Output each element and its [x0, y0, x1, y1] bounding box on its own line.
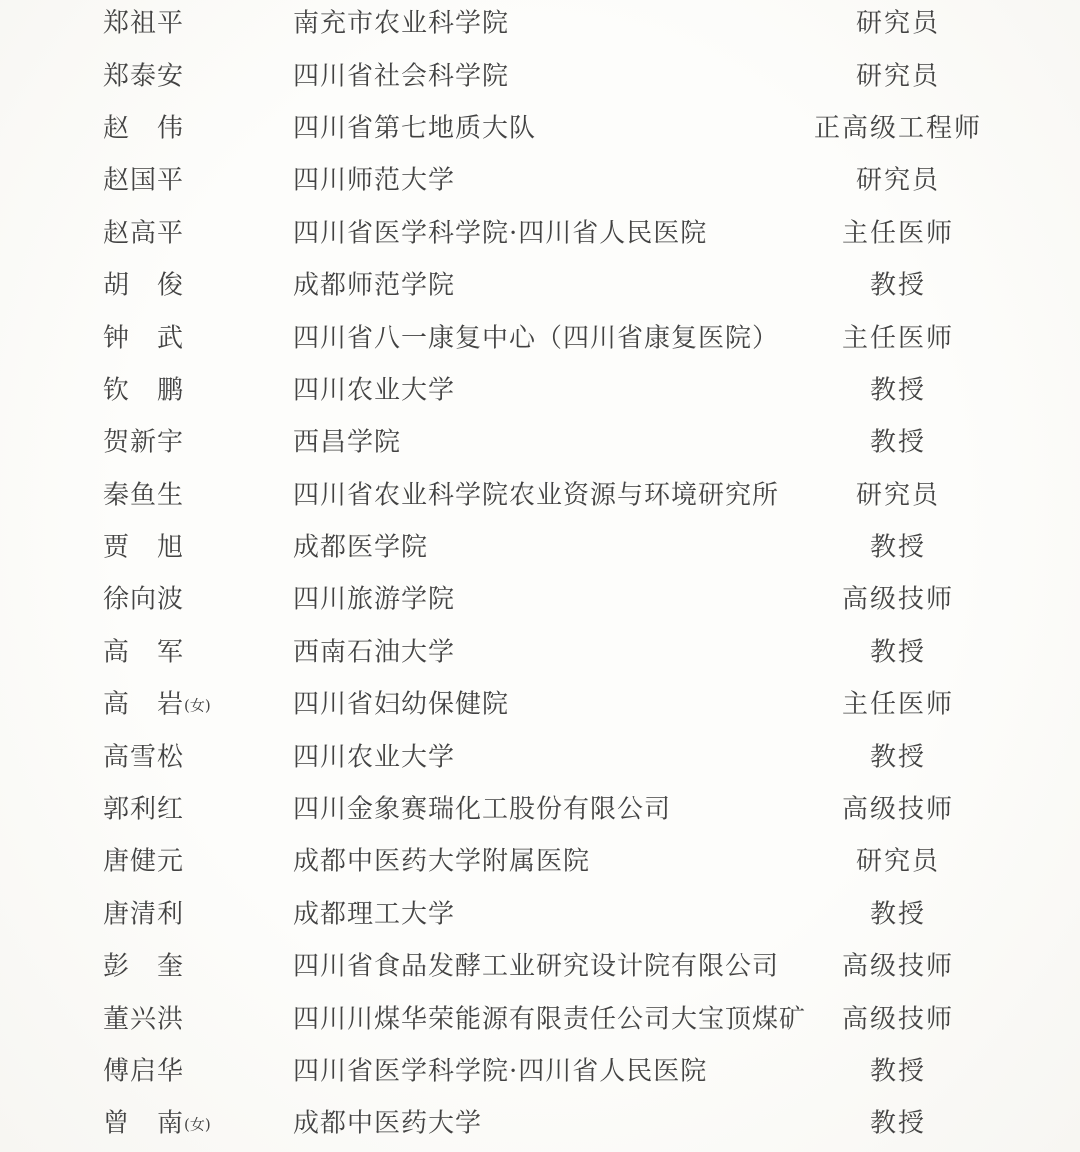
table-row: 贾 旭 成都医学院 教授 [0, 519, 1080, 571]
person-name: 赵高平 [103, 212, 184, 249]
person-name-text: 贺新宇 [103, 428, 184, 458]
person-name-text: 胡 俊 [103, 271, 184, 301]
job-title: 教授 [798, 736, 998, 773]
job-title: 研究员 [798, 160, 998, 197]
organization: 西南石油大学 [293, 631, 455, 668]
table-row: 高雪松 四川农业大学 教授 [0, 728, 1080, 780]
person-name: 傅启华 [103, 1051, 184, 1088]
person-name-text: 郭利红 [103, 795, 184, 825]
table-row: 钟 武 四川省八一康复中心（四川省康复医院） 主任医师 [0, 309, 1080, 361]
organization: 西昌学院 [293, 422, 401, 459]
organization: 四川省第七地质大队 [293, 107, 536, 144]
person-name-text: 赵高平 [103, 218, 184, 248]
person-name: 秦鱼生 [103, 474, 184, 511]
organization: 四川省农业科学院农业资源与环境研究所 [293, 474, 779, 511]
job-title: 教授 [798, 1103, 998, 1140]
job-title: 主任医师 [798, 212, 998, 249]
job-title: 教授 [798, 422, 998, 459]
person-name: 彭 奎 [103, 946, 184, 983]
person-name-text: 高 军 [103, 637, 184, 667]
job-title: 教授 [798, 527, 998, 564]
organization: 成都医学院 [293, 527, 428, 564]
person-name: 高 岩(女) [103, 684, 211, 721]
person-name: 郭利红 [103, 789, 184, 826]
person-name: 郑泰安 [103, 55, 184, 92]
table-row: 唐清利 成都理工大学 教授 [0, 886, 1080, 938]
table-row: 彭 奎 四川省食品发酵工业研究设计院有限公司 高级技师 [0, 938, 1080, 990]
person-name: 高 军 [103, 631, 184, 668]
person-name-text: 赵国平 [103, 166, 184, 196]
organization: 四川省食品发酵工业研究设计院有限公司 [293, 946, 779, 983]
job-title: 研究员 [798, 3, 998, 40]
job-title: 主任医师 [798, 317, 998, 354]
organization: 四川旅游学院 [293, 579, 455, 616]
person-name-text: 郑祖平 [103, 9, 184, 39]
person-name-text: 钦 鹏 [103, 375, 184, 405]
table-row: 钦 鹏 四川农业大学 教授 [0, 362, 1080, 414]
organization: 成都理工大学 [293, 893, 455, 930]
table-row: 董兴洪 四川川煤华荣能源有限责任公司大宝顶煤矿 高级技师 [0, 990, 1080, 1042]
job-title: 主任医师 [798, 684, 998, 721]
person-name: 赵国平 [103, 160, 184, 197]
person-name: 贾 旭 [103, 527, 184, 564]
table-row: 赵高平 四川省医学科学院·四川省人民医院 主任医师 [0, 205, 1080, 257]
person-name-text: 傅启华 [103, 1057, 184, 1087]
person-name: 赵 伟 [103, 107, 184, 144]
job-title: 高级技师 [798, 579, 998, 616]
person-name: 钦 鹏 [103, 369, 184, 406]
organization: 四川农业大学 [293, 736, 455, 773]
person-name-text: 秦鱼生 [103, 480, 184, 510]
table-row: 唐健元 成都中医药大学附属医院 研究员 [0, 833, 1080, 885]
person-name-text: 徐向波 [103, 585, 184, 615]
table-row: 高 岩(女) 四川省妇幼保健院 主任医师 [0, 676, 1080, 728]
person-name: 钟 武 [103, 317, 184, 354]
organization: 成都中医药大学附属医院 [293, 841, 590, 878]
person-name: 董兴洪 [103, 998, 184, 1035]
table-row: 秦鱼生 四川省农业科学院农业资源与环境研究所 研究员 [0, 467, 1080, 519]
organization: 四川川煤华荣能源有限责任公司大宝顶煤矿 [293, 998, 806, 1035]
person-name-text: 高雪松 [103, 742, 184, 772]
table-row: 傅启华 四川省医学科学院·四川省人民医院 教授 [0, 1043, 1080, 1095]
person-name: 曾 南(女) [103, 1103, 211, 1140]
document-page: 郑祖平 南充市农业科学院 研究员 郑泰安 四川省社会科学院 研究员 赵 伟 四川… [0, 0, 1080, 1152]
person-name: 胡 俊 [103, 265, 184, 302]
job-title: 高级技师 [798, 789, 998, 826]
organization: 南充市农业科学院 [293, 3, 509, 40]
person-name: 郑祖平 [103, 3, 184, 40]
job-title: 教授 [798, 1051, 998, 1088]
person-name-text: 唐清利 [103, 899, 184, 929]
job-title: 教授 [798, 265, 998, 302]
organization: 四川省妇幼保健院 [293, 684, 509, 721]
job-title: 教授 [798, 631, 998, 668]
person-name: 贺新宇 [103, 422, 184, 459]
organization: 四川农业大学 [293, 369, 455, 406]
gender-note: (女) [184, 1116, 211, 1134]
table-row: 郑祖平 南充市农业科学院 研究员 [0, 0, 1080, 47]
organization: 成都师范学院 [293, 265, 455, 302]
table-row: 郑泰安 四川省社会科学院 研究员 [0, 47, 1080, 99]
job-title: 正高级工程师 [798, 107, 998, 144]
person-name-text: 曾 南 [103, 1109, 184, 1139]
person-name-text: 高 岩 [103, 690, 184, 720]
table-row: 曾 南(女) 成都中医药大学 教授 [0, 1095, 1080, 1147]
organization: 四川省医学科学院·四川省人民医院 [293, 1051, 707, 1088]
person-name-text: 贾 旭 [103, 533, 184, 563]
organization: 四川师范大学 [293, 160, 455, 197]
job-title: 高级技师 [798, 998, 998, 1035]
table-row: 胡 俊 成都师范学院 教授 [0, 257, 1080, 309]
job-title: 研究员 [798, 55, 998, 92]
roster-table: 郑祖平 南充市农业科学院 研究员 郑泰安 四川省社会科学院 研究员 赵 伟 四川… [0, 0, 1080, 1148]
job-title: 高级技师 [798, 946, 998, 983]
table-row: 贺新宇 西昌学院 教授 [0, 414, 1080, 466]
table-row: 赵国平 四川师范大学 研究员 [0, 152, 1080, 204]
person-name-text: 董兴洪 [103, 1004, 184, 1034]
organization: 成都中医药大学 [293, 1103, 482, 1140]
organization: 四川省医学科学院·四川省人民医院 [293, 212, 707, 249]
gender-note: (女) [184, 697, 211, 715]
organization: 四川金象赛瑞化工股份有限公司 [293, 789, 671, 826]
person-name-text: 彭 奎 [103, 952, 184, 982]
organization: 四川省社会科学院 [293, 55, 509, 92]
person-name-text: 钟 武 [103, 323, 184, 353]
person-name-text: 唐健元 [103, 847, 184, 877]
table-row: 高 军 西南石油大学 教授 [0, 624, 1080, 676]
table-row: 郭利红 四川金象赛瑞化工股份有限公司 高级技师 [0, 781, 1080, 833]
job-title: 研究员 [798, 474, 998, 511]
person-name: 唐健元 [103, 841, 184, 878]
job-title: 教授 [798, 893, 998, 930]
person-name: 徐向波 [103, 579, 184, 616]
job-title: 教授 [798, 369, 998, 406]
person-name-text: 赵 伟 [103, 113, 184, 143]
person-name: 高雪松 [103, 736, 184, 773]
person-name-text: 郑泰安 [103, 61, 184, 91]
job-title: 研究员 [798, 841, 998, 878]
table-row: 徐向波 四川旅游学院 高级技师 [0, 571, 1080, 623]
table-row: 赵 伟 四川省第七地质大队 正高级工程师 [0, 100, 1080, 152]
person-name: 唐清利 [103, 893, 184, 930]
organization: 四川省八一康复中心（四川省康复医院） [293, 317, 779, 354]
